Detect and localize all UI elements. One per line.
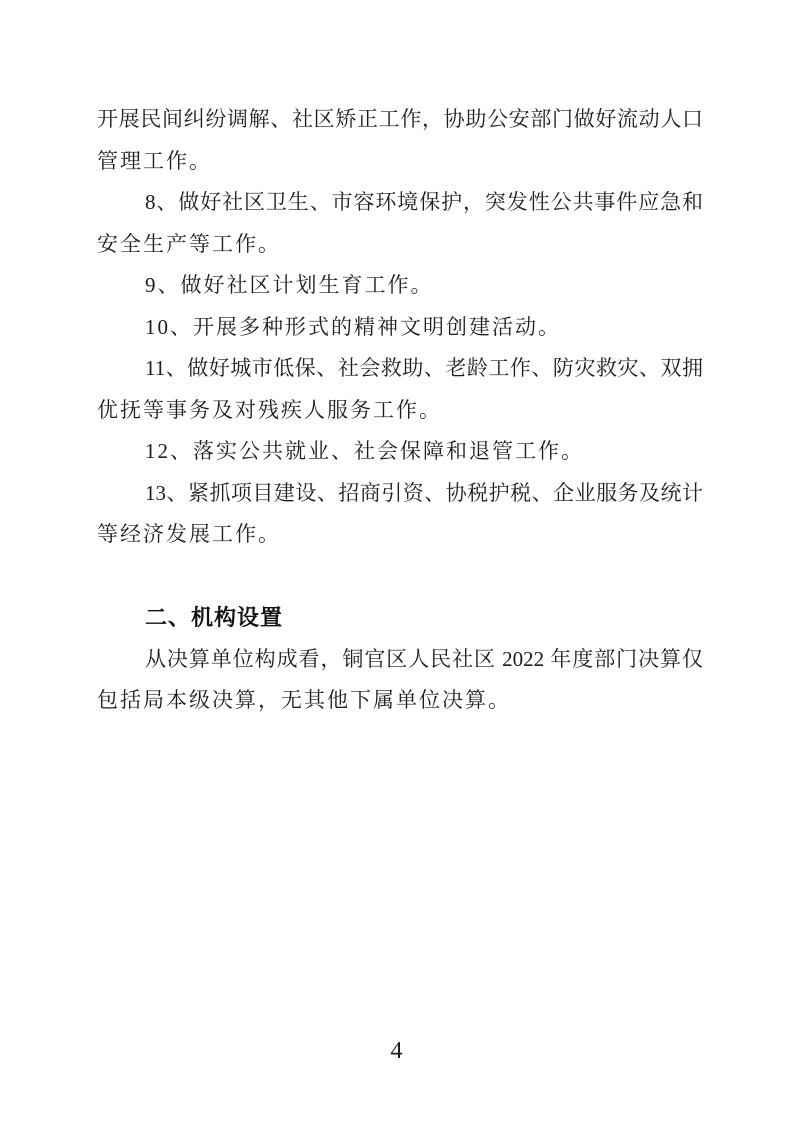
paragraph: 12、落实公共就业、社会保障和退管工作。 — [97, 431, 703, 473]
paragraph: 11、做好城市低保、社会救助、老龄工作、防灾救灾、双拥优抚等事务及对残疾人服务工… — [97, 348, 703, 431]
text-line: 9、做好社区计划生育工作。 — [97, 265, 703, 307]
section-heading: 二、机构设置 — [97, 597, 703, 639]
paragraph: 8、做好社区卫生、市容环境保护，突发性公共事件应急和安全生产等工作。 — [97, 182, 703, 265]
paragraph: 从决算单位构成看，铜官区人民社区 2022 年度部门决算仅包括局本级决算，无其他… — [97, 639, 703, 722]
text-line: 管理工作。 — [97, 141, 703, 183]
paragraph: 开展民间纠纷调解、社区矫正工作，协助公安部门做好流动人口管理工作。 — [97, 99, 703, 182]
paragraph: 13、紧抓项目建设、招商引资、协税护税、企业服务及统计等经济发展工作。 — [97, 473, 703, 556]
text-line: 12、落实公共就业、社会保障和退管工作。 — [97, 431, 703, 473]
text-line: 包括局本级决算，无其他下属单位决算。 — [97, 680, 703, 722]
text-line: 10、开展多种形式的精神文明创建活动。 — [97, 307, 703, 349]
text-line: 8、做好社区卫生、市容环境保护，突发性公共事件应急和 — [97, 182, 703, 224]
text-line: 从决算单位构成看，铜官区人民社区 2022 年度部门决算仅 — [97, 639, 703, 681]
text-line: 13、紧抓项目建设、招商引资、协税护税、企业服务及统计 — [97, 473, 703, 515]
paragraph: 10、开展多种形式的精神文明创建活动。 — [97, 307, 703, 349]
paragraph: 9、做好社区计划生育工作。 — [97, 265, 703, 307]
text-line: 等经济发展工作。 — [97, 514, 703, 556]
text-line: 优抚等事务及对残疾人服务工作。 — [97, 390, 703, 432]
document-page: 开展民间纠纷调解、社区矫正工作，协助公安部门做好流动人口管理工作。8、做好社区卫… — [0, 0, 793, 1122]
text-line: 开展民间纠纷调解、社区矫正工作，协助公安部门做好流动人口 — [97, 99, 703, 141]
page-number: 4 — [391, 1038, 403, 1064]
document-body: 开展民间纠纷调解、社区矫正工作，协助公安部门做好流动人口管理工作。8、做好社区卫… — [97, 99, 703, 722]
text-line: 11、做好城市低保、社会救助、老龄工作、防灾救灾、双拥 — [97, 348, 703, 390]
text-line: 安全生产等工作。 — [97, 224, 703, 266]
page-footer: 4 — [0, 1036, 793, 1066]
